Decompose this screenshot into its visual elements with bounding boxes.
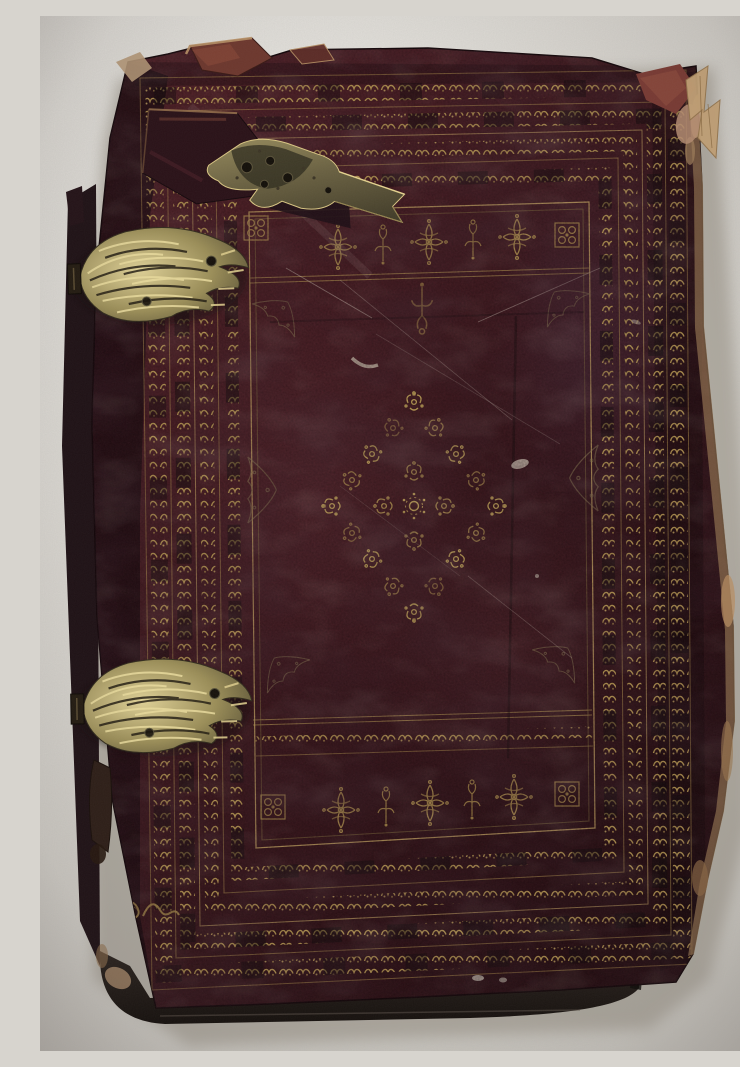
photo-svg: Antique book bound in dark maroon leathe… bbox=[40, 16, 740, 1051]
photo-figure: Antique book bound in dark maroon leathe… bbox=[40, 16, 740, 1051]
photo-grain bbox=[40, 16, 740, 1051]
